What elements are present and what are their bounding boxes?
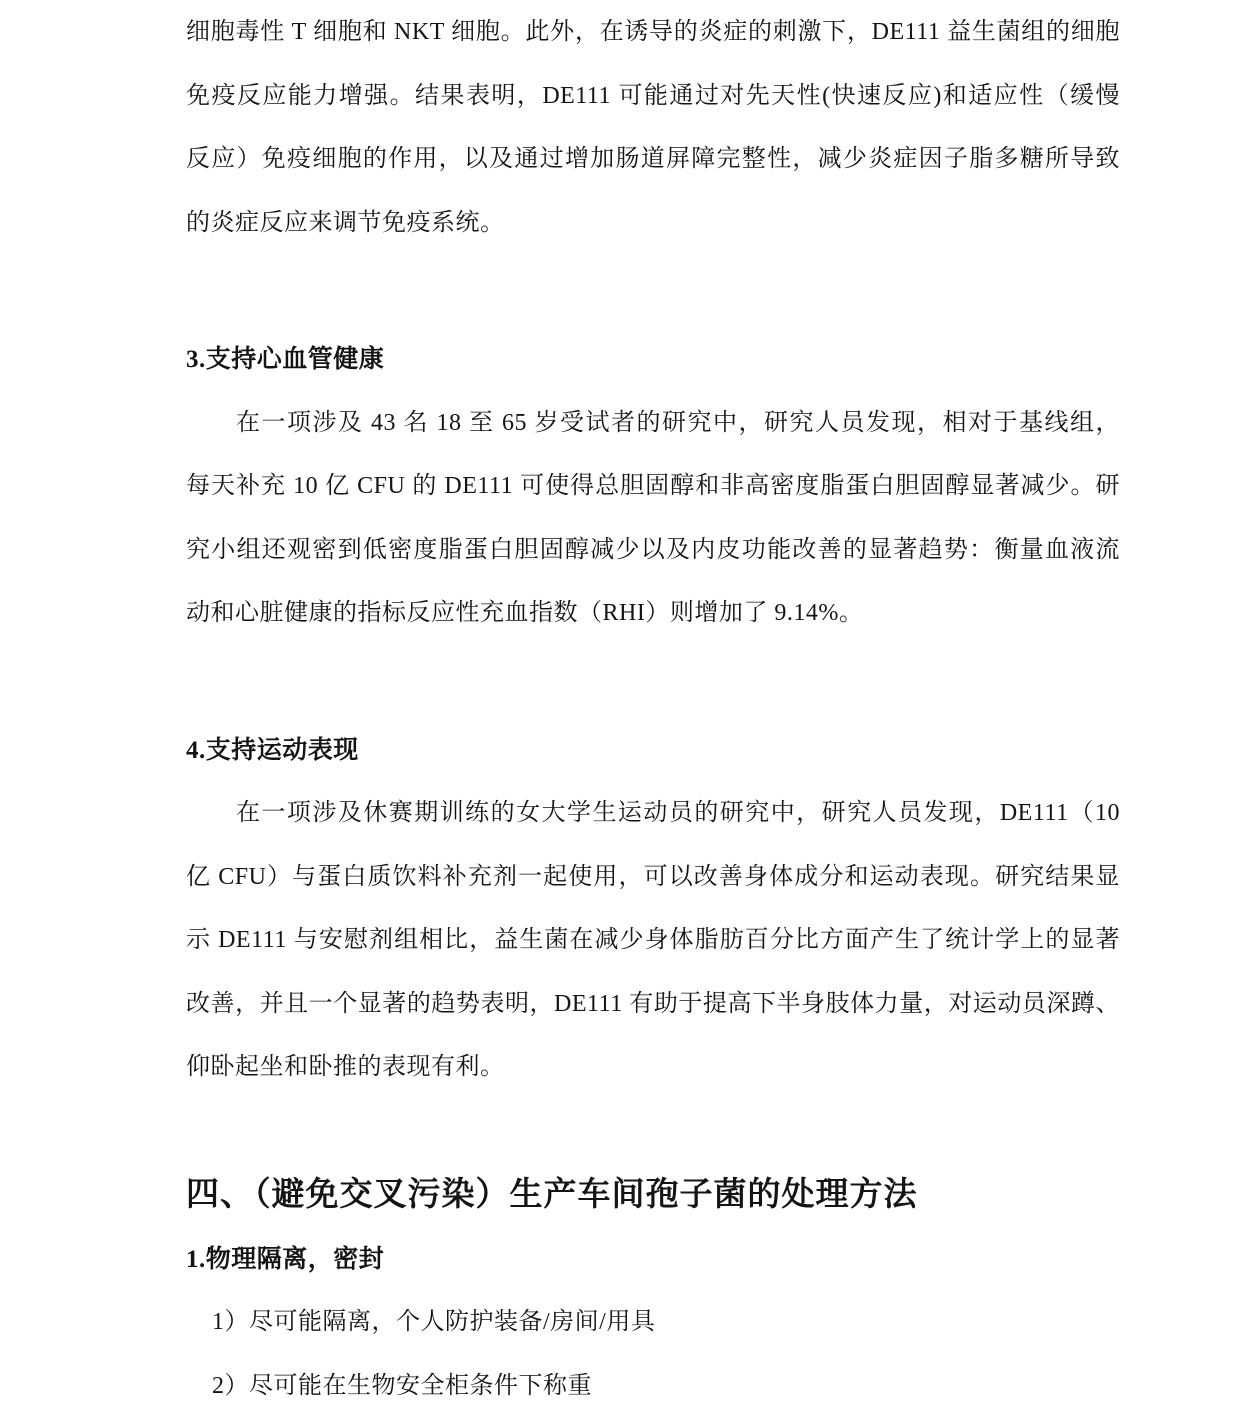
page-content: 细胞毒性 T 细胞和 NKT 细胞。此外，在诱导的炎症的刺激下，DE111 益生…	[0, 0, 1240, 1418]
paragraph-immune-modulation: 细胞毒性 T 细胞和 NKT 细胞。此外，在诱导的炎症的刺激下，DE111 益生…	[186, 1, 1120, 255]
text-line: 仰卧起坐和卧推的表现有利。	[186, 1036, 1120, 1100]
chapter-4-heading: 四、（避免交叉污染）生产车间孢子菌的处理方法	[186, 1162, 1120, 1228]
list-item-1: 1）尽可能隔离，个人防护装备/房间/用具	[186, 1291, 1120, 1355]
paragraph-cardiovascular: 在一项涉及 43 名 18 至 65 岁受试者的研究中，研究人员发现，相对于基线…	[186, 392, 1120, 646]
text-line: 免疫反应能力增强。结果表明，DE111 可能通过对先天性(快速反应)和适应性（缓…	[186, 65, 1120, 129]
text-line: 的炎症反应来调节免疫系统。	[186, 192, 1120, 256]
text-line: 细胞毒性 T 细胞和 NKT 细胞。此外，在诱导的炎症的刺激下，DE111 益生…	[186, 1, 1120, 65]
paragraph-sports-performance: 在一项涉及休赛期训练的女大学生运动员的研究中，研究人员发现，DE111（10 亿…	[186, 782, 1120, 1100]
text-line: 动和心脏健康的指标反应性充血指数（RHI）则增加了 9.14%。	[186, 582, 1120, 646]
list-item-2: 2）尽可能在生物安全柜条件下称重	[186, 1355, 1120, 1419]
text-line: 究小组还观密到低密度脂蛋白胆固醇减少以及内皮功能改善的显著趋势：衡量血液流	[186, 519, 1120, 583]
text-line: 改善，并且一个显著的趋势表明，DE111 有助于提高下半身肢体力量，对运动员深蹲…	[186, 973, 1120, 1037]
text-line: 在一项涉及 43 名 18 至 65 岁受试者的研究中，研究人员发现，相对于基线…	[186, 392, 1120, 456]
text-line: 在一项涉及休赛期训练的女大学生运动员的研究中，研究人员发现，DE111（10	[186, 782, 1120, 846]
text-line: 每天补充 10 亿 CFU 的 DE111 可使得总胆固醇和非高密度脂蛋白胆固醇…	[186, 455, 1120, 519]
text-line: 示 DE111 与安慰剂组相比，益生菌在减少身体脂肪百分比方面产生了统计学上的显…	[186, 909, 1120, 973]
section-4-heading: 4.支持运动表现	[186, 719, 1120, 783]
subheading-physical-isolation: 1.物理隔离，密封	[186, 1228, 1120, 1292]
section-3-heading: 3.支持心血管健康	[186, 328, 1120, 392]
document-page: 细胞毒性 T 细胞和 NKT 细胞。此外，在诱导的炎症的刺激下，DE111 益生…	[0, 0, 1240, 1424]
text-line: 反应）免疫细胞的作用，以及通过增加肠道屏障完整性，减少炎症因子脂多糖所导致	[186, 128, 1120, 192]
text-line: 亿 CFU）与蛋白质饮料补充剂一起使用，可以改善身体成分和运动表现。研究结果显	[186, 846, 1120, 910]
